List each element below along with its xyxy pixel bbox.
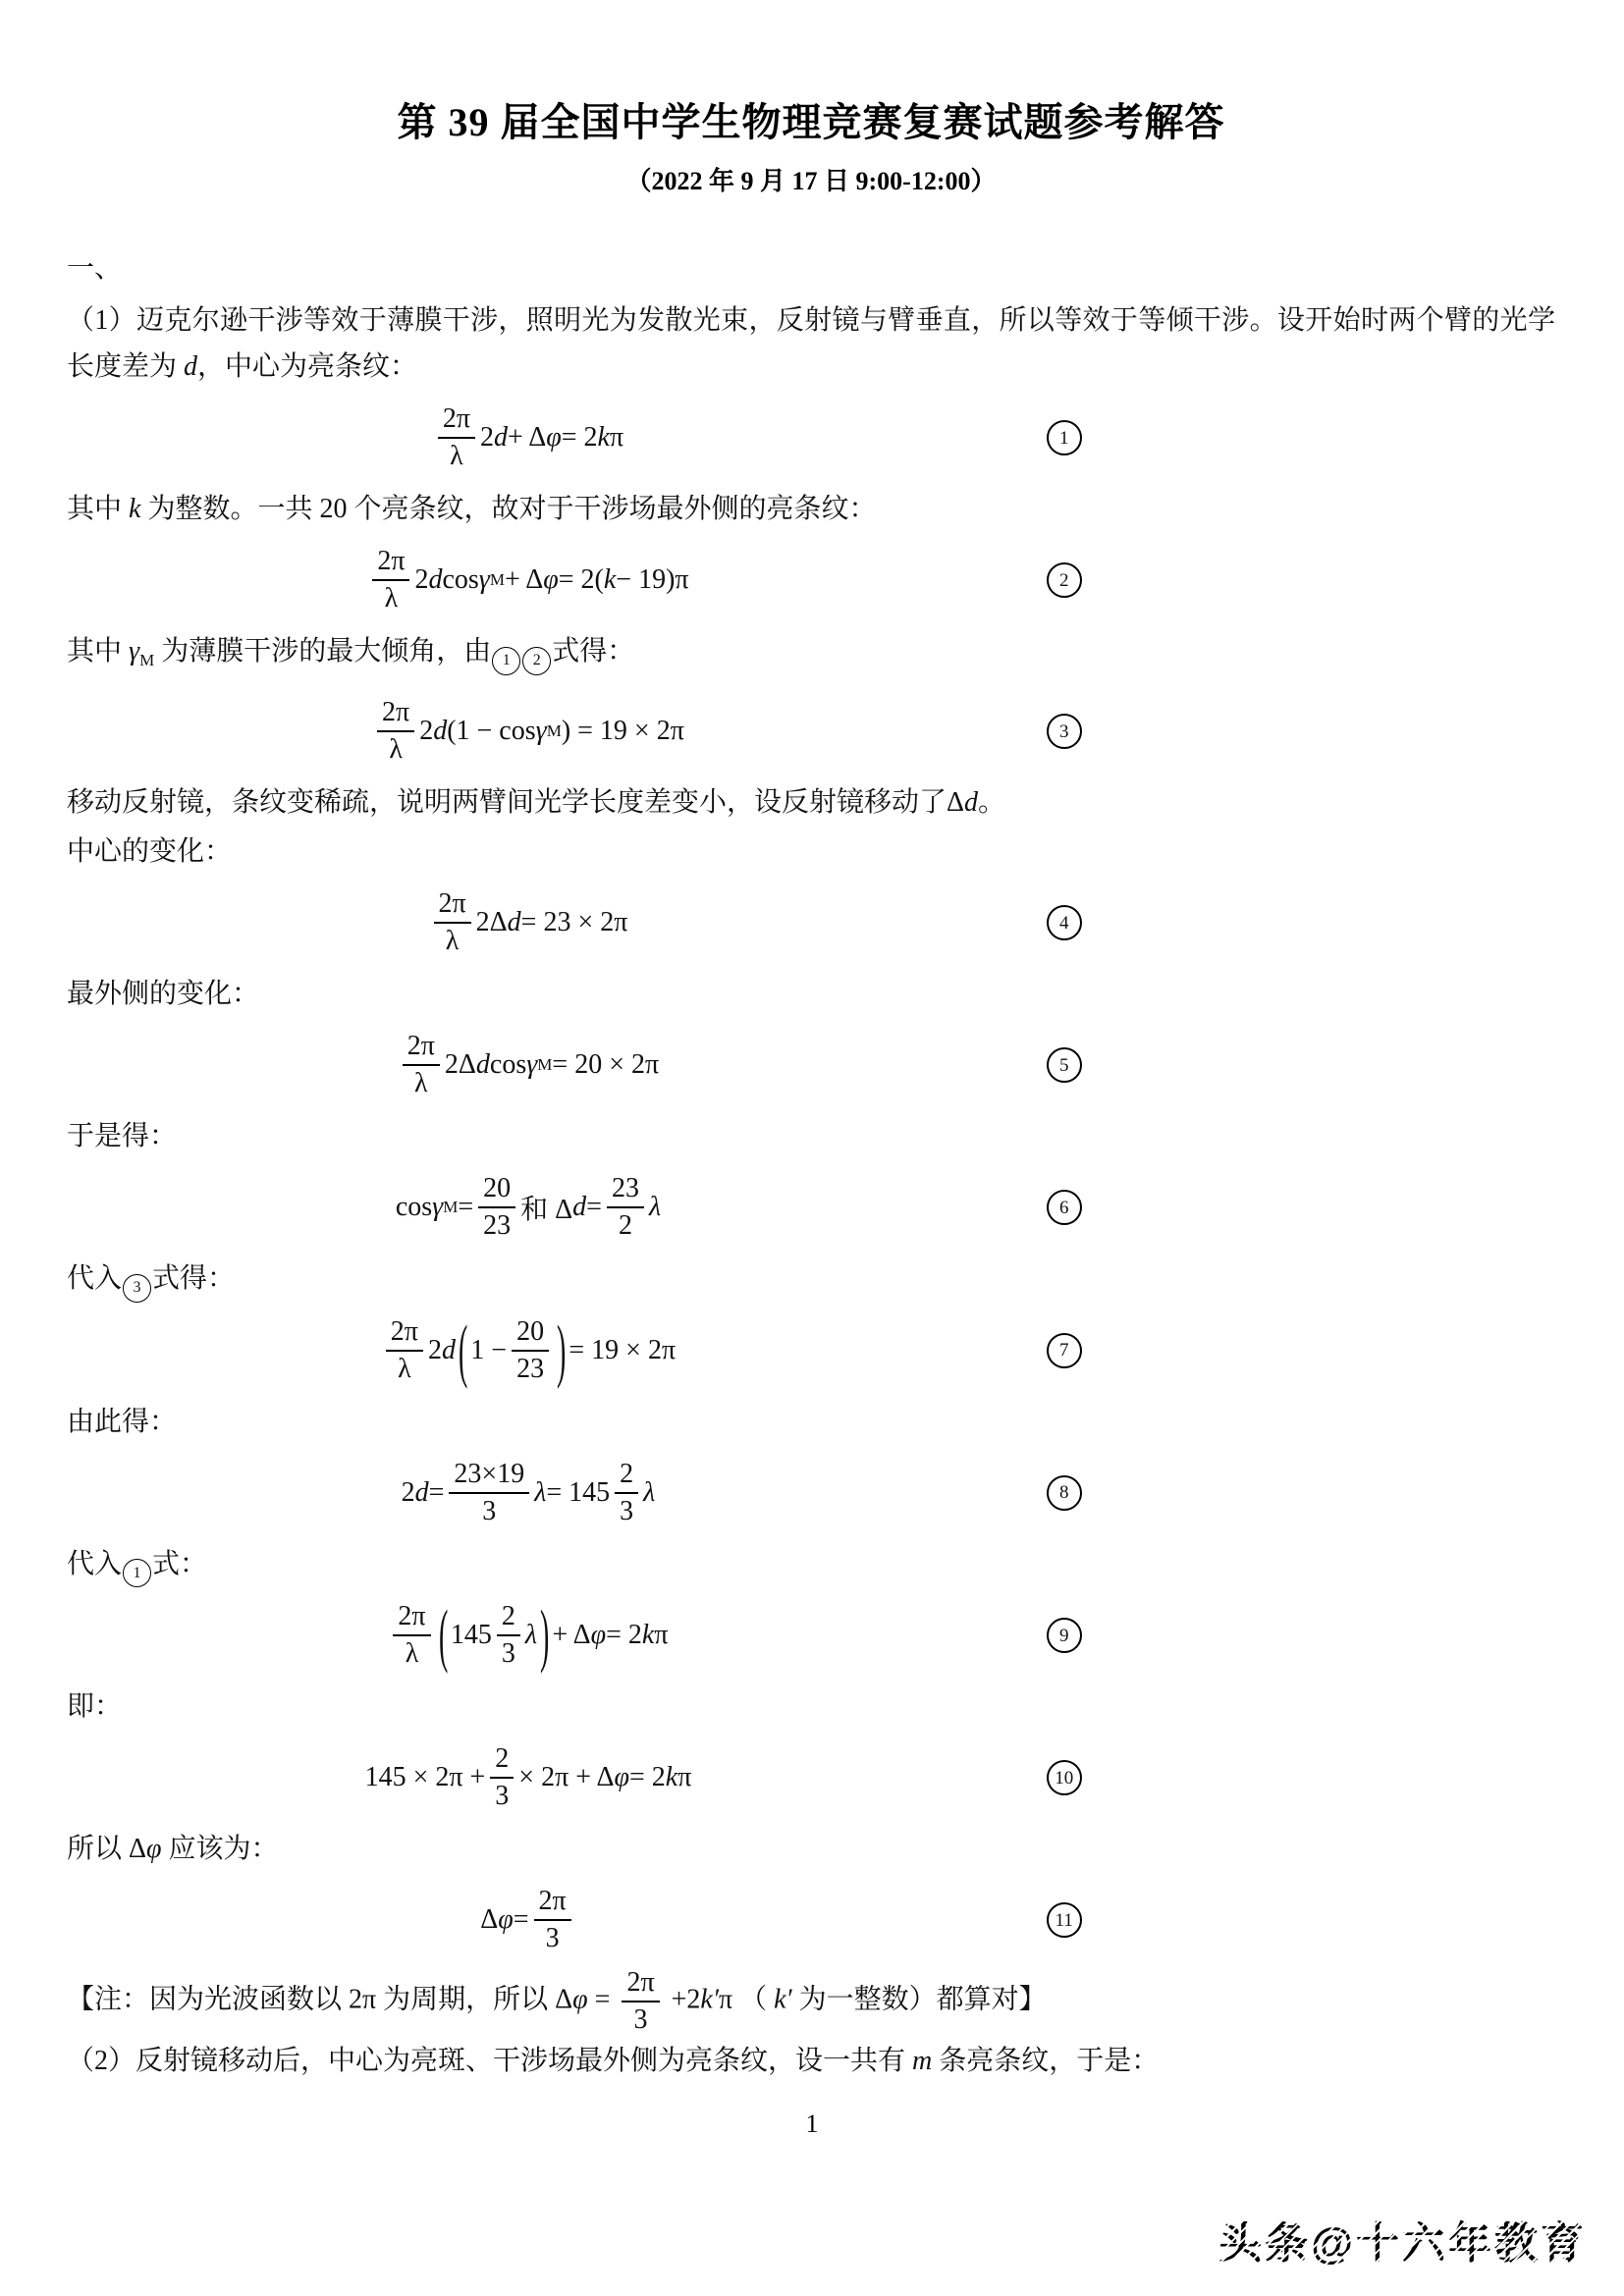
equation-number: 7 [1047,1333,1082,1368]
fraction-denominator: λ [406,1636,419,1669]
paragraph: 最外侧的变化： [67,971,1555,1017]
text-run: = [514,1904,529,1936]
math-variable: d [442,1335,456,1366]
equation-number: 2 [1047,562,1082,598]
equation: 2πλ2d + Δφ = 2kπ [67,404,990,471]
equation-row: 2d = 23×193λ = 14523λ8 [67,1450,1555,1536]
text-run: 其中 [67,636,129,667]
math-variable: γ [432,1192,443,1223]
equation-number-zone: 2 [990,562,1139,598]
text-run: × 2π + Δ [518,1762,614,1793]
section-marker: 一、 [67,246,1555,292]
equation: 2d = 23×193λ = 14523λ [67,1460,990,1526]
fraction-denominator: 3 [634,2002,648,2035]
equation-number-zone: 11 [990,1902,1139,1938]
equation: 2πλ2d(1 − cos γM) = 19 × 2π [67,698,990,765]
math-subscript: M [443,1198,458,1217]
paragraph: 其中 γM 为薄膜干涉的最大倾角，由12式得： [67,628,1555,683]
text-run: +2 [665,1984,701,2014]
equation-row: Δφ = 2π311 [67,1877,1555,1963]
fraction-numerator: 20 [478,1174,515,1208]
text-run: = 2 [629,1762,666,1793]
inline-equation-ref: 1 [492,647,520,675]
fraction-denominator: 3 [620,1494,633,1526]
text-run: ，中心为亮条纹： [197,351,417,382]
fraction-denominator: λ [398,1352,411,1384]
equation-number: 4 [1047,905,1082,940]
text-run: = [429,1477,445,1509]
text-run: cos [396,1192,432,1223]
math-variable: λ [534,1477,546,1509]
text-run: 所以 Δ [67,1834,146,1864]
fraction-numerator: 2 [490,1744,514,1779]
watermark: 头条@十六年教育 [1218,2208,1587,2270]
paragraph: 其中 k 为整数。一共 20 个亮条纹，故对于干涉场最外侧的亮条纹： [67,486,1555,532]
text-run: （2）反射镜移动后，中心为亮斑、干涉场最外侧为亮条纹，设一共有 [67,2046,912,2076]
text-run: 为一整数）都算对】 [792,1984,1047,2014]
fraction-denominator: λ [385,581,399,614]
math-variable: γ [479,564,490,596]
text-run: 条亮条纹，于是： [932,2046,1159,2076]
math-fraction: 23×193 [449,1460,529,1526]
text-run: 最外侧的变化： [67,979,259,1009]
text-run: 一、 [67,253,122,284]
equation-row: 2πλ2Δd cos γM = 20 × 2π5 [67,1022,1555,1108]
paragraph: 即： [67,1683,1555,1730]
math-fraction: 23 [497,1602,520,1669]
math-variable: k [604,564,616,596]
text-run: 其中 [67,494,129,524]
math-subscript: M [490,570,505,590]
equation-number: 6 [1047,1190,1082,1225]
math-variable: d [184,351,197,382]
equation: 2πλ(14523λ) + Δφ = 2kπ [67,1602,990,1669]
big-paren: ( [459,1315,467,1386]
equation: 2πλ2Δd = 23 × 2π [67,889,990,956]
equation: 2πλ2d(1 − 2023) = 19 × 2π [67,1317,990,1384]
text-run: 145 [451,1620,492,1651]
equation-number-zone: 4 [990,905,1139,940]
math-variable: k′ [774,1984,792,2014]
text-run: = 20 × 2π [552,1049,659,1081]
text-run: Δ [480,1904,498,1936]
math-variable: d [572,1192,586,1223]
math-variable: φ [146,1834,162,1864]
math-fraction: 23 [490,1744,514,1811]
text-run: 即： [67,1691,122,1722]
math-fraction: 2πλ [393,1602,430,1669]
text-run: ) = 19 × 2π [562,716,684,747]
equation-row: 2πλ2d(1 − cos γM) = 19 × 2π3 [67,688,1555,774]
equation-row: 2πλ2d cos γM + Δφ = 2(k − 19)π2 [67,537,1555,623]
fraction-denominator: λ [389,732,403,765]
fraction-numerator: 23 [607,1174,644,1208]
fraction-numerator: 2π [434,889,471,924]
text-run: π （ [719,1984,774,2014]
big-paren: ( [439,1600,448,1671]
math-variable: d [428,564,442,596]
math-variable: k [666,1762,677,1793]
paragraph: （1）迈克尔逊干涉等效于薄膜干涉，照明光为发散光束，反射镜与臂垂直，所以等效于等… [67,297,1555,390]
math-fraction: 2π3 [534,1887,571,1953]
text-run: π [654,1620,668,1651]
fraction-numerator: 2 [497,1602,520,1636]
fraction-numerator: 2 [615,1460,638,1494]
fraction-denominator: 23 [483,1208,511,1241]
equation-row: 2πλ2d + Δφ = 2kπ1 [67,395,1555,481]
fraction-denominator: 3 [482,1494,496,1526]
paragraph: 中心的变化： [67,828,1555,875]
text-run: + Δ [505,564,543,596]
fraction-denominator: 3 [495,1779,509,1811]
paragraph: 代入1式： [67,1541,1555,1588]
math-variable: d [433,716,447,747]
text-run: = [458,1192,473,1223]
math-fraction: 2πλ [377,698,414,765]
math-subscript: M [547,721,562,741]
math-variable: γ [536,716,547,747]
equation: Δφ = 2π3 [67,1887,990,1953]
text-run: 由此得： [67,1407,177,1437]
math-variable: k [598,422,610,454]
paragraph: 【注：因为光波函数以 2π 为周期，所以 Δφ = 2π3 +2k′π （ k′… [67,1968,1555,2035]
equation-number-zone: 6 [990,1190,1139,1225]
fraction-numerator: 2π [372,547,409,581]
equation-number-zone: 9 [990,1618,1139,1653]
page-title: 第 39 届全国中学生物理竞赛复赛试题参考解答 [67,98,1555,147]
text-run: cos [490,1049,526,1081]
paragraph: 于是得： [67,1113,1555,1159]
equation: 145 × 2π + 23 × 2π + Δφ = 2kπ [67,1744,990,1811]
text-run: π [610,422,623,454]
equation-number-zone: 7 [990,1333,1139,1368]
text-run: 式得： [152,1263,235,1294]
text-run: 1 − [470,1335,507,1366]
text-run: 2Δ [476,907,508,938]
equation-row: 2πλ(14523λ) + Δφ = 2kπ9 [67,1592,1555,1679]
equation: 2πλ2Δd cos γM = 20 × 2π [67,1032,990,1098]
equation: 2πλ2d cos γM + Δφ = 2(k − 19)π [67,547,990,614]
text-run: 式： [152,1549,207,1579]
fraction-numerator: 2π [534,1887,571,1921]
equation-number: 9 [1047,1618,1082,1653]
text-run: = 2 [562,422,598,454]
math-fraction: 2πλ [438,404,475,471]
fraction-numerator: 2π [393,1602,430,1636]
math-fraction: 2π3 [622,1968,659,2035]
equation-number-zone: 8 [990,1475,1139,1511]
text-run: − 19)π [616,564,688,596]
math-variable: d [494,422,508,454]
text-run: 2Δ [445,1049,476,1081]
math-variable: φ [572,1984,588,2014]
fraction-denominator: 3 [546,1921,560,1953]
paragraph: 移动反射镜，条纹变稀疏，说明两臂间光学长度差变小，设反射镜移动了Δd。 [67,779,1555,826]
text-run: 移动反射镜，条纹变稀疏，说明两臂间光学长度差变小，设反射镜移动了Δ [67,787,964,818]
math-fraction: 2πλ [434,889,471,956]
text-run: = 19 × 2π [568,1335,676,1366]
fraction-numerator: 2π [438,404,475,439]
math-fraction: 2023 [478,1174,515,1241]
text-run: 中心的变化： [67,836,232,867]
equation-number: 5 [1047,1047,1082,1083]
fraction-denominator: 2 [619,1208,632,1241]
text-run: 于是得： [67,1121,177,1151]
text-run: = 2( [559,564,604,596]
equation-row: 145 × 2π + 23 × 2π + Δφ = 2kπ10 [67,1735,1555,1821]
math-variable: d [508,907,521,938]
equation-number: 1 [1047,420,1082,455]
inline-equation-ref: 2 [522,647,551,675]
document-page: 第 39 届全国中学生物理竞赛复赛试题参考解答 （2022 年 9 月 17 日… [0,0,1624,2296]
page-number: 1 [0,2109,1624,2139]
equation-row: 2πλ2d(1 − 2023) = 19 × 2π7 [67,1308,1555,1394]
math-variable: γ [129,636,139,667]
fraction-numerator: 23×19 [449,1460,529,1494]
text-run: 代入 [67,1263,122,1294]
text-run: 应该为： [162,1834,279,1864]
math-subscript: M [139,651,154,669]
math-subscript: M [537,1055,552,1075]
text-run: 代入 [67,1549,122,1579]
text-run: 2 [419,716,433,747]
math-variable: λ [649,1192,661,1223]
math-variable: φ [591,1620,607,1651]
math-variable: φ [614,1762,629,1793]
text-run: cos [442,564,478,596]
text-run: = 2 [606,1620,642,1651]
text-run: 2 [428,1335,442,1366]
text-run: 为整数。一共 20 个亮条纹，故对于干涉场最外侧的亮条纹： [140,494,876,524]
math-variable: d [415,1477,429,1509]
text-run: 【注：因为光波函数以 2π 为周期，所以 Δ [67,1984,572,2014]
fraction-denominator: λ [446,924,460,956]
text-run: (1 − cos [447,716,535,747]
text-run: 2 [402,1477,415,1509]
big-paren: ) [557,1315,566,1386]
text-run: 和 Δ [520,1188,572,1227]
fraction-denominator: 23 [516,1352,544,1384]
equation-number: 3 [1047,714,1082,749]
paragraph: 代入3式得： [67,1255,1555,1303]
fraction-numerator: 2π [386,1317,423,1352]
equation-number-zone: 10 [990,1760,1139,1795]
text-run: = 23 × 2π [521,907,628,938]
equation-number: 11 [1047,1902,1082,1938]
paragraph: 由此得： [67,1399,1555,1445]
math-variable: γ [526,1049,537,1081]
equation-row: cos γM = 2023 和 Δd = 232λ6 [67,1164,1555,1251]
fraction-numerator: 2π [403,1032,440,1066]
fraction-denominator: λ [450,439,463,471]
math-variable: m [912,2046,932,2076]
big-paren: ) [540,1600,549,1671]
math-fraction: 2πλ [372,547,409,614]
text-run: = [586,1192,602,1223]
equation: cos γM = 2023 和 Δd = 232λ [67,1174,990,1241]
equation-number-zone: 5 [990,1047,1139,1083]
text-run: + Δ [552,1620,590,1651]
text-run: 2 [480,422,494,454]
inline-equation-ref: 3 [123,1274,151,1303]
paragraph: 所以 Δφ 应该为： [67,1826,1555,1872]
math-variable: φ [546,422,562,454]
document-subtitle: （2022 年 9 月 17 日 9:00-12:00） [67,161,1555,197]
math-variable: k [642,1620,654,1651]
math-variable: φ [498,1904,514,1936]
text-run: + Δ [508,422,546,454]
text-run: 145 × 2π + [365,1762,486,1793]
text-run: 。 [978,787,1005,818]
text-run: = [588,1984,618,2014]
math-fraction: 2πλ [403,1032,440,1098]
text-run: 2 [414,564,428,596]
equation-number: 8 [1047,1475,1082,1511]
math-variable: k′ [700,1984,719,2014]
text-run: π [677,1762,691,1793]
math-fraction: 2πλ [386,1317,423,1384]
fraction-numerator: 2π [377,698,414,732]
equation-row: 2πλ2Δd = 23 × 2π4 [67,880,1555,966]
document-body: 一、（1）迈克尔逊干涉等效于薄膜干涉，照明光为发散光束，反射镜与臂垂直，所以等效… [67,246,1555,2084]
math-variable: d [964,787,978,818]
fraction-denominator: λ [414,1066,428,1098]
math-variable: φ [543,564,559,596]
equation-number: 10 [1047,1760,1082,1795]
text-run: 式得： [552,636,634,667]
math-fraction: 232 [607,1174,644,1241]
paragraph: （2）反射镜移动后，中心为亮斑、干涉场最外侧为亮条纹，设一共有 m 条亮条纹，于… [67,2038,1555,2084]
text-run: 为薄膜干涉的最大倾角，由 [154,636,491,667]
math-variable: λ [643,1477,655,1509]
math-fraction: 2023 [512,1317,549,1384]
math-fraction: 23 [615,1460,638,1526]
fraction-numerator: 2π [622,1968,659,2002]
fraction-denominator: 3 [502,1636,515,1669]
math-variable: k [129,494,140,524]
math-variable: λ [525,1620,537,1651]
fraction-numerator: 20 [512,1317,549,1352]
inline-equation-ref: 1 [123,1559,151,1587]
text-run: = 145 [546,1477,610,1509]
equation-number-zone: 1 [990,420,1139,455]
equation-number-zone: 3 [990,714,1139,749]
math-variable: d [476,1049,490,1081]
